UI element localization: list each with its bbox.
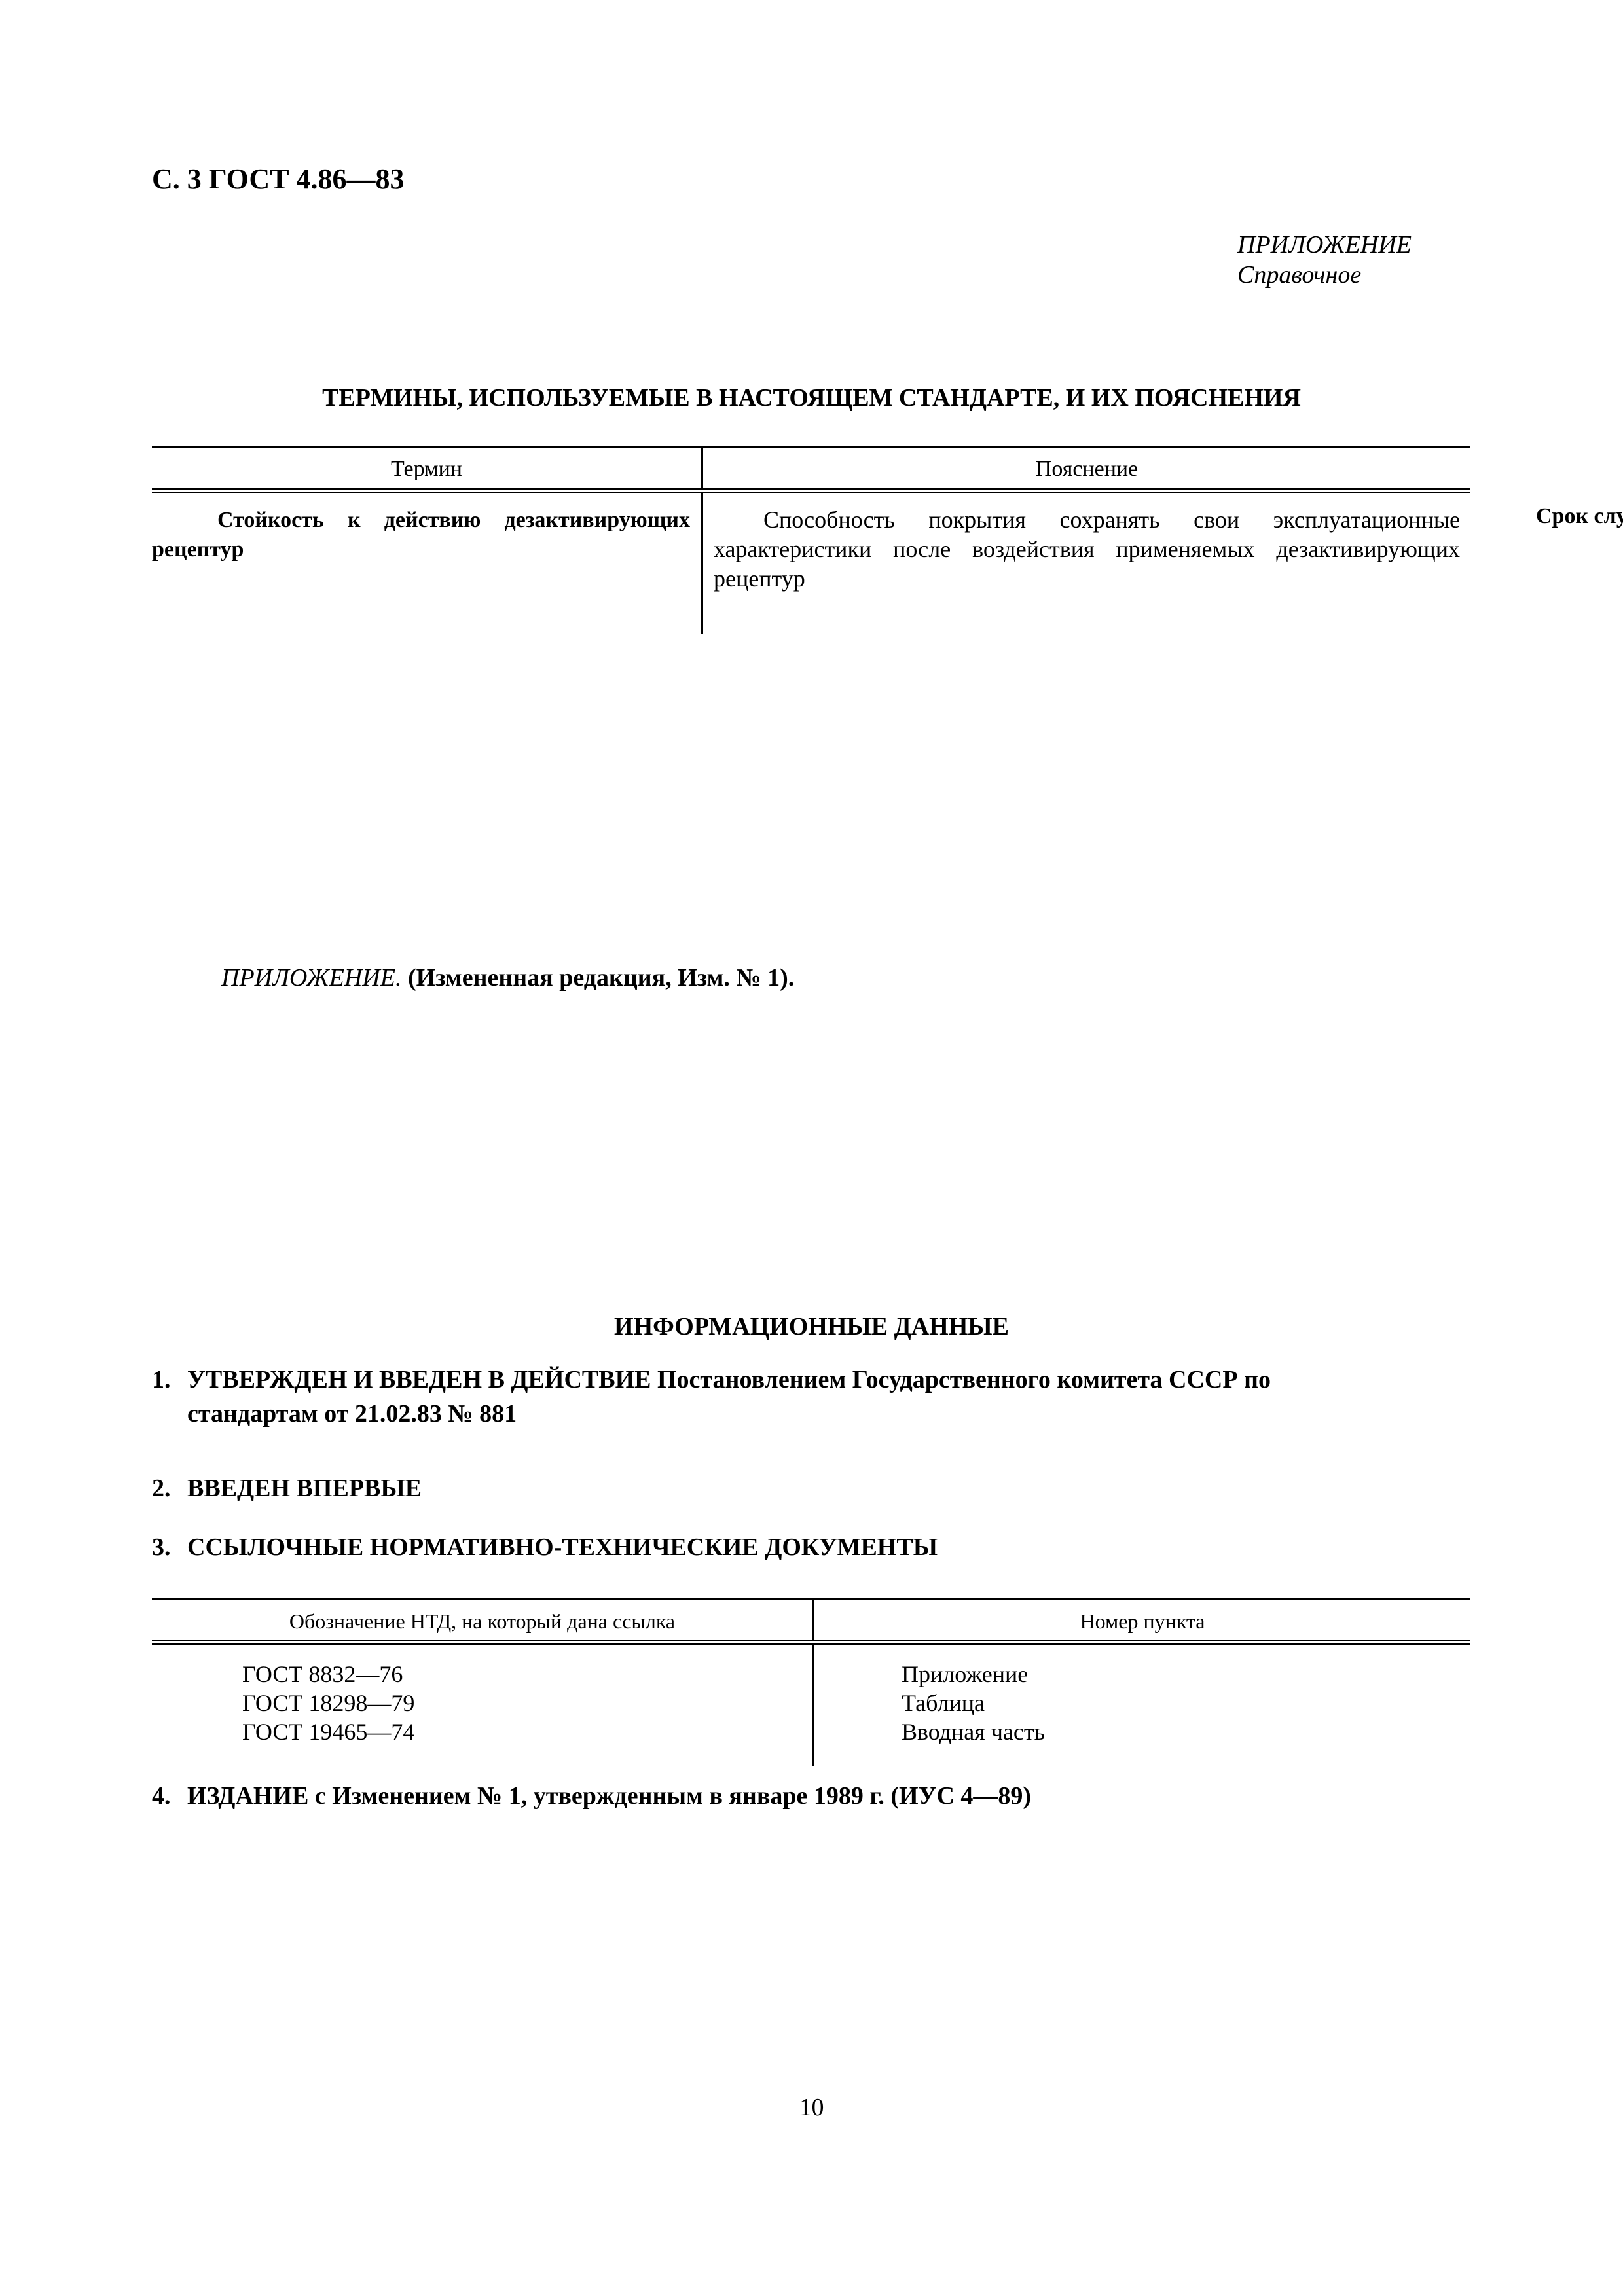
column-header-term: Термин [152,448,701,488]
item-caps: ВВЕДЕН ВПЕРВЫЕ [187,1475,422,1502]
references-table: Обозначение НТД, на который дана ссылка … [152,1598,1470,1766]
terms-table: Термин Пояснение Стойкость к действию де… [152,446,1470,634]
info-item-approved: 1.УТВЕРЖДЕН И ВВЕДЕН В ДЕЙСТВИЕ Постанов… [152,1363,1470,1431]
clause-column: Приложение Таблица Вводная часть [812,1645,1469,1766]
item-caps: ССЫЛОЧНЫЕ НОРМАТИВНО-ТЕХНИЧЕСКИЕ ДОКУМЕН… [187,1534,938,1561]
clause-cell: Таблица [814,1689,1469,1717]
item-text: с Изменением № 1, утвержденным в январе … [308,1782,1031,1810]
references-table-header: Обозначение НТД, на который дана ссылка … [152,1600,1470,1641]
item-number: 4. [152,1779,187,1813]
info-item-introduced: 2.ВВЕДЕН ВПЕРВЫЕ [152,1471,1470,1505]
term-cell: Срок службы дезактивируемого покрытия [1470,493,1623,634]
document-cell: ГОСТ 8832—76 [152,1660,812,1689]
document-cell: ГОСТ 19465—74 [152,1717,812,1746]
page-header: С. 3 ГОСТ 4.86—83 [152,162,405,196]
column-header-clause: Номер пункта [812,1600,1470,1640]
annex-note-text: (Измененная редакция, Изм. № 1). [401,964,794,992]
info-section-title: ИНФОРМАЦИОННЫЕ ДАННЫЕ [0,1312,1623,1341]
annex-note-label: ПРИЛОЖЕНИЕ. [221,964,401,992]
table-row: Срок службы дезактивируемого покрытия Вр… [1470,493,1623,634]
info-item-edition: 4.ИЗДАНИЕ с Изменением № 1, утвержденным… [152,1779,1470,1813]
page-number: 10 [0,2093,1623,2122]
item-text: Постановлением Государственного комитета… [651,1366,1271,1393]
clause-cell: Приложение [814,1660,1469,1689]
item-continuation: стандартам от 21.02.83 № 881 [152,1397,1470,1431]
terms-table-body: Стойкость к действию дезактивирующих рец… [152,493,1470,634]
item-caps: УТВЕРЖДЕН И ВВЕДЕН В ДЕЙСТВИЕ [187,1366,651,1393]
info-item-references: 3.ССЫЛОЧНЫЕ НОРМАТИВНО-ТЕХНИЧЕСКИЕ ДОКУМ… [152,1530,1470,1564]
terms-table-header: Термин Пояснение [152,448,1470,490]
term-cell: Стойкость к действию дезактивирующих рец… [152,493,701,634]
item-caps: ИЗДАНИЕ [187,1782,308,1810]
item-number: 2. [152,1471,187,1505]
clause-cell: Вводная часть [814,1717,1469,1746]
table-row: Стойкость к действию дезактивирующих рец… [152,493,1470,634]
item-number: 3. [152,1530,187,1564]
annex-type: Справочное [1237,260,1361,289]
explanation-cell: Способность покрытия сохранять свои эксп… [701,493,1470,634]
column-header-document: Обозначение НТД, на который дана ссылка [152,1600,812,1640]
terms-section-title: ТЕРМИНЫ, ИСПОЛЬЗУЕМЫЕ В НАСТОЯЩЕМ СТАНДА… [0,384,1623,412]
document-column: ГОСТ 8832—76 ГОСТ 18298—79 ГОСТ 19465—74 [152,1645,812,1766]
annex-label: ПРИЛОЖЕНИЕ [1237,230,1412,259]
document-cell: ГОСТ 18298—79 [152,1689,812,1717]
item-number: 1. [152,1363,187,1397]
references-table-body: ГОСТ 8832—76 ГОСТ 18298—79 ГОСТ 19465—74… [152,1645,1470,1766]
annex-revision-note: ПРИЛОЖЕНИЕ. (Измененная редакция, Изм. №… [221,963,794,992]
column-header-explanation: Пояснение [701,448,1470,488]
